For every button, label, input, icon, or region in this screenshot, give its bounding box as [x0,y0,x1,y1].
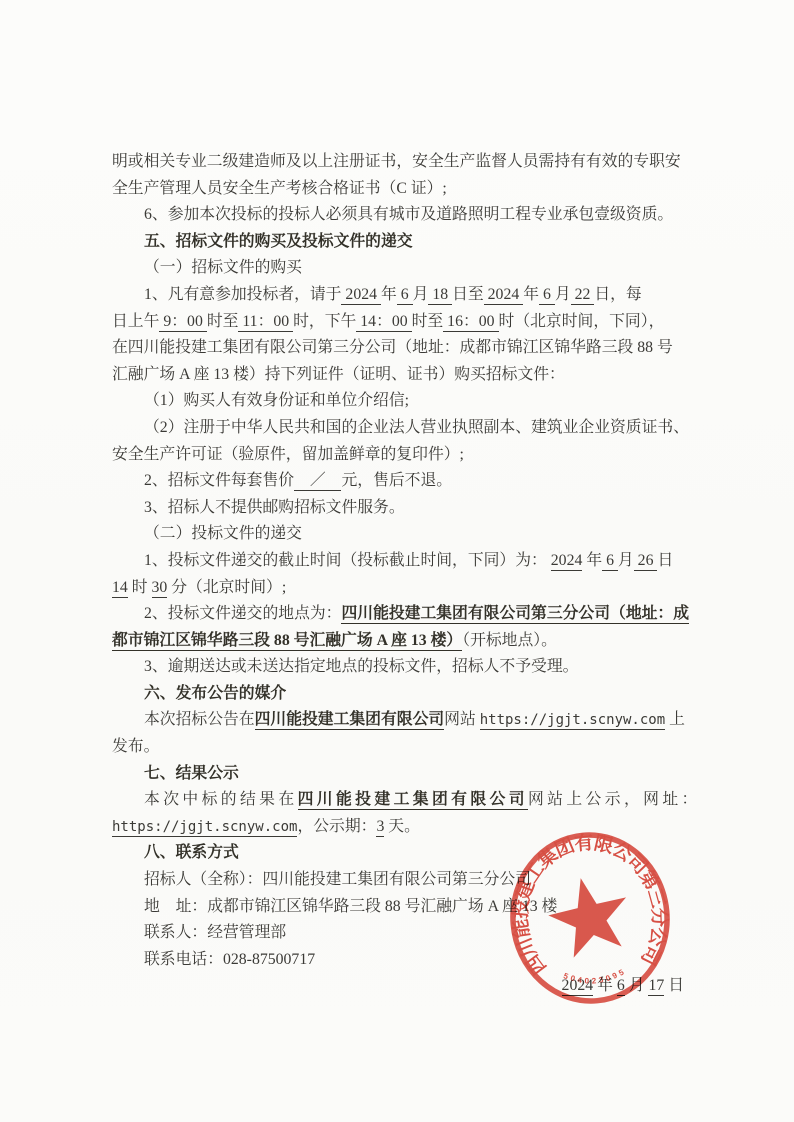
text-segment: 月 [413,286,429,303]
text-segment: 月 [618,552,634,569]
text-segment: 时至 [412,313,444,330]
text-segment: 日 [664,977,684,994]
text-segment: 在四川能投建工集团有限公司第三分公司（地址：成都市锦江区锦华路三段 88 号 [112,339,673,356]
underlined-text: 6 [397,286,413,305]
underlined-text: 6 [617,977,625,996]
text-line: 1、凡有意参加投标者，请于 2024 年 6 月 18 日至 2024 年 6 … [112,282,688,309]
underlined-text: 26 [634,552,658,571]
text-line: 本次中标的结果在四川能投建工集团有限公司网站上公示，网址： [112,787,688,814]
underlined-text: 16：00 [443,313,498,332]
text-line: 6、参加本次投标的投标人必须具有城市及道路照明工程专业承包壹级资质。 [112,202,688,229]
text-segment: （一）招标文件的购买 [144,259,302,276]
tenderer-name-line: 招标人（全称）：四川能投建工集团有限公司第三分公司 [112,867,688,894]
text-line: 本次招标公告在四川能投建工集团有限公司网站 https://jgjt.scnyw… [112,707,688,734]
text-segment: 日，每 [594,286,641,303]
text-segment: 6、参加本次投标的投标人必须具有城市及道路照明工程专业承包壹级资质。 [144,206,673,223]
underlined-text: 2024 [484,286,524,305]
text-line: 全生产管理人员安全生产考核合格证书（C 证）; [112,176,688,203]
text-line: 都市锦江区锦华路三段 88 号汇融广场 A 座 13 楼）（开标地点）。 [112,628,688,655]
text-segment: 2、招标文件每套售价 [144,472,294,489]
text-segment: 发布。 [112,738,159,755]
text-segment: 时（北京时间，下同）， [499,313,665,330]
text-line: 3、招标人不提供邮购招标文件服务。 [112,495,688,522]
text-segment: 明或相关专业二级建造师及以上注册证书，安全生产监督人员需持有有效的专职安 [112,153,681,170]
underlined-text: ／ [294,472,341,491]
underlined-text: 18 [428,286,452,305]
underlined-text: 6 [539,286,555,305]
text-segment: 地 址：成都市锦江区锦华路三段 88 号汇融广场 A 座 13 楼 [144,898,557,915]
text-line: 3、逾期送达或未送达指定地点的投标文件，招标人不予受理。 [112,654,688,681]
text-segment: 七、结果公示 [144,765,239,782]
text-segment: 年 [582,552,602,569]
text-line: 汇融广场 A 座 13 楼）持下列证件（证明、证书）购买招标文件： [112,362,688,389]
text-line: 14 时 30 分（北京时间）; [112,575,688,602]
text-segment: 上 [665,711,685,728]
text-segment: 日上午 [112,313,159,330]
text-line: https://jgjt.scnyw.com，公示期：3 天。 [112,814,688,841]
underlined-text: https://jgjt.scnyw.com [112,819,297,837]
underlined-text: 6 [602,552,618,571]
underlined-text: 17 [648,977,664,996]
underlined-text: 四川能投建工集团有限公司 [298,791,528,810]
text-line: 发布。 [112,734,688,761]
text-line: 2、招标文件每套售价 ／ 元，售后不退。 [112,468,688,495]
text-segment: 安全生产许可证（验原件，留加盖鲜章的复印件）; [112,446,464,463]
text-segment: （1）购买人有效身份证和单位介绍信; [144,392,409,409]
text-segment: 时至 [207,313,239,330]
text-segment: 八、联系方式 [144,844,239,861]
underlined-text: 14：00 [356,313,411,332]
section-heading-8: 八、联系方式 [112,840,688,867]
underlined-text: 9：00 [159,313,206,332]
text-segment: 五、招标文件的购买及投标文件的递交 [144,233,413,250]
underlined-text: 14 [112,579,128,598]
text-segment: 天。 [384,818,420,835]
section-heading-6: 六、发布公告的媒介 [112,681,688,708]
text-segment: 1、投标文件递交的截止时间（投标截止时间，下同）为： [144,552,551,569]
underlined-text: 四川能投建工集团有限公司 [255,711,445,730]
underlined-text: 11：00 [238,313,293,332]
text-segment: 元，售后不退。 [341,472,452,489]
text-segment: （2）注册于中华人民共和国的企业法人营业执照副本、建筑业企业资质证书、 [144,419,689,436]
document-body: 明或相关专业二级建造师及以上注册证书，安全生产监督人员需持有有效的专职安全生产管… [112,149,688,1000]
text-segment: 网站 [444,711,480,728]
text-line: 明或相关专业二级建造师及以上注册证书，安全生产监督人员需持有有效的专职安 [112,149,688,176]
text-segment: 年 [523,286,539,303]
text-segment: 时 [128,579,152,596]
text-segment: （二）投标文件的递交 [144,525,302,542]
text-segment: 3、逾期送达或未送达指定地点的投标文件，招标人不予受理。 [144,658,578,675]
text-segment: 汇融广场 A 座 13 楼）持下列证件（证明、证书）购买招标文件： [112,366,565,383]
text-segment: 全生产管理人员安全生产考核合格证书（C 证）; [112,180,447,197]
text-line: 2、投标文件递交的地点为：四川能投建工集团有限公司第三分公司（地址：成 [112,601,688,628]
section-heading-7: 七、结果公示 [112,761,688,788]
text-segment: 联系人：经营管理部 [144,924,286,941]
text-segment: 本次中标的结果在 [144,791,298,808]
text-line: （1）购买人有效身份证和单位介绍信; [112,388,688,415]
contact-person-line: 联系人：经营管理部 [112,920,688,947]
subsection-heading-1: （一）招标文件的购买 [112,255,688,282]
address-line: 地 址：成都市锦江区锦华路三段 88 号汇融广场 A 座 13 楼 [112,894,688,921]
text-segment: 日 [657,552,673,569]
text-segment: ，公示期： [297,818,376,835]
text-segment: 分（北京时间）; [167,579,286,596]
issue-date-line: 2024 年 6 月 17 日 [112,973,688,1000]
text-segment: 时，下午 [293,313,356,330]
underlined-text: 四川能投建工集团有限公司第三分公司（地址：成 [341,605,689,624]
text-line: （2）注册于中华人民共和国的企业法人营业执照副本、建筑业企业资质证书、 [112,415,688,442]
underlined-text: 2024 [341,286,381,305]
underlined-text: 2024 [551,552,583,571]
text-segment: 月 [555,286,571,303]
contact-phone-line: 联系电话：028-87500717 [112,947,688,974]
underlined-text: 30 [152,579,168,598]
text-line: 安全生产许可证（验原件，留加盖鲜章的复印件）; [112,442,688,469]
text-segment: 本次招标公告在 [144,711,255,728]
text-segment: （开标地点）。 [462,632,557,649]
subsection-heading-2: （二）投标文件的递交 [112,521,688,548]
underlined-text: 2024 [562,977,594,996]
document-page: 明或相关专业二级建造师及以上注册证书，安全生产监督人员需持有有效的专职安全生产管… [0,0,794,1122]
text-segment: 月 [625,977,649,994]
text-segment: 六、发布公告的媒介 [144,685,286,702]
text-segment: 招标人（全称）：四川能投建工集团有限公司第三分公司 [144,871,531,888]
text-segment: 联系电话：028-87500717 [144,951,315,968]
text-segment: 1、凡有意参加投标者，请于 [144,286,341,303]
underlined-text: 都市锦江区锦华路三段 88 号汇融广场 A 座 13 楼） [112,632,462,651]
text-segment: 3、招标人不提供邮购招标文件服务。 [144,499,405,516]
section-heading-5: 五、招标文件的购买及投标文件的递交 [112,229,688,256]
text-segment: 网站上公示，网址： [528,791,701,808]
underlined-text: 22 [571,286,595,305]
text-line: 日上午 9：00 时至 11：00 时，下午 14：00 时至 16：00 时（… [112,309,688,336]
underlined-text: https://jgjt.scnyw.com [480,712,665,730]
text-segment: 年 [593,977,617,994]
text-segment: 年 [381,286,397,303]
text-line: 1、投标文件递交的截止时间（投标截止时间，下同）为： 2024 年 6 月 26… [112,548,688,575]
text-line: 在四川能投建工集团有限公司第三分公司（地址：成都市锦江区锦华路三段 88 号 [112,335,688,362]
text-segment: 日至 [452,286,484,303]
text-segment: 2、投标文件递交的地点为： [144,605,341,622]
